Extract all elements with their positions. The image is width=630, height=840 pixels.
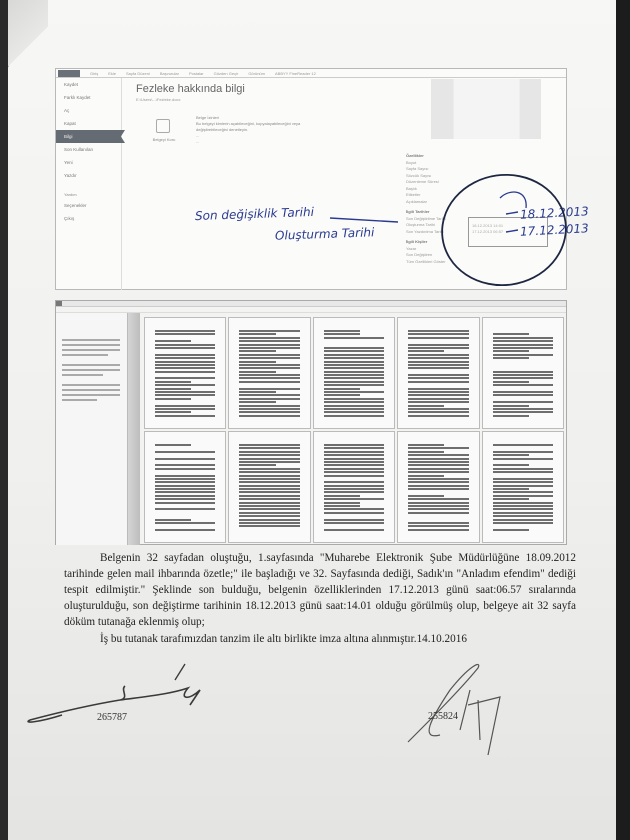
report-closing: İş bu tutanak tarafımızdan tanzim ile al… xyxy=(100,633,467,645)
signature-id-2: 255824 xyxy=(428,711,458,722)
page-fold xyxy=(8,0,48,70)
screenshot-document-info: Giriş Ekle Sayfa Düzeni Başvurular Posta… xyxy=(55,68,567,290)
properties-list: Özellikler Boyut Sayfa Sayısı Sözcük Say… xyxy=(406,153,446,265)
sidebar-item-print: Yazdır xyxy=(56,169,121,182)
vertical-ruler xyxy=(128,313,140,545)
people-row: Tüm Özellikleri Göster xyxy=(406,259,446,266)
sidebar-item-save: Kaydet xyxy=(56,78,121,91)
properties-heading: Özellikler xyxy=(406,153,424,158)
page-thumbnail xyxy=(228,431,310,543)
backstage-sidebar: Kaydet Farklı Kaydet Aç Kapat Bilgi Son … xyxy=(56,78,122,290)
report-body: Belgenin 32 sayfadan oluştuğu, 1.sayfası… xyxy=(64,550,576,630)
background-edge xyxy=(616,0,630,840)
sidebar-item-open: Aç xyxy=(56,104,121,117)
sidebar-item-close: Kapat xyxy=(56,117,121,130)
page-thumbnail xyxy=(313,431,395,543)
permissions-text: Belge İzinleri Bu belgeyi kimlerin açabi… xyxy=(196,115,300,145)
tab-references: Başvurular xyxy=(160,71,179,76)
date-row: Son Yazdırılma Tarihi xyxy=(406,229,446,236)
page-thumbnail xyxy=(397,317,479,429)
sidebar-item-options: Seçenekler xyxy=(56,199,121,212)
page-thumbnail xyxy=(228,317,310,429)
navigation-pane xyxy=(56,313,128,545)
protect-document-label: Belgeyi Koru xyxy=(144,137,184,142)
signature-id-1: 265787 xyxy=(97,712,127,723)
page-grid xyxy=(144,317,564,543)
tab-file xyxy=(58,70,80,77)
sidebar-item-info: Bilgi xyxy=(56,130,125,143)
page-thumbnail xyxy=(397,431,479,543)
sidebar-item-new: Yeni xyxy=(56,156,121,169)
dates-heading: İlgili Tarihler xyxy=(406,209,430,214)
page-thumbnail xyxy=(144,317,226,429)
ribbon-tabs: Giriş Ekle Sayfa Düzeni Başvurular Posta… xyxy=(56,69,566,78)
report-paragraph: Belgenin 32 sayfadan oluştuğu, 1.sayfası… xyxy=(64,550,576,630)
sidebar-item-exit: Çıkış xyxy=(56,212,121,225)
tab-layout: Sayfa Düzeni xyxy=(126,71,150,76)
tab-view: Görünüm xyxy=(248,71,265,76)
tab-home: Giriş xyxy=(90,71,98,76)
tab-abbyy: ABBYY FineReader 12 xyxy=(275,71,316,76)
tab-insert: Ekle xyxy=(108,71,116,76)
tab-review: Gözden Geçir xyxy=(214,71,239,76)
info-path: E:\Users\...\Fezleke.docx xyxy=(136,97,180,102)
info-title: Fezleke hakkında bilgi xyxy=(136,83,245,95)
document-thumbnail xyxy=(431,79,541,139)
people-heading: İlgili Kişiler xyxy=(406,239,427,244)
page-thumbnail xyxy=(313,317,395,429)
sidebar-item-recent: Son Kullanılan xyxy=(56,143,121,156)
permissions-line: ... xyxy=(196,139,300,145)
page-thumbnail xyxy=(482,317,564,429)
page-thumbnail xyxy=(144,431,226,543)
screenshot-page-thumbnails xyxy=(55,300,567,545)
property-row: Açıklamalar xyxy=(406,199,446,206)
protect-document-icon xyxy=(156,119,170,133)
sidebar-section-help: Yardım xyxy=(56,182,121,199)
sidebar-item-save-as: Farklı Kaydet xyxy=(56,91,121,104)
tab-mailings: Postalar xyxy=(189,71,204,76)
page-thumbnail xyxy=(482,431,564,543)
navigation-pane-text xyxy=(62,339,120,404)
